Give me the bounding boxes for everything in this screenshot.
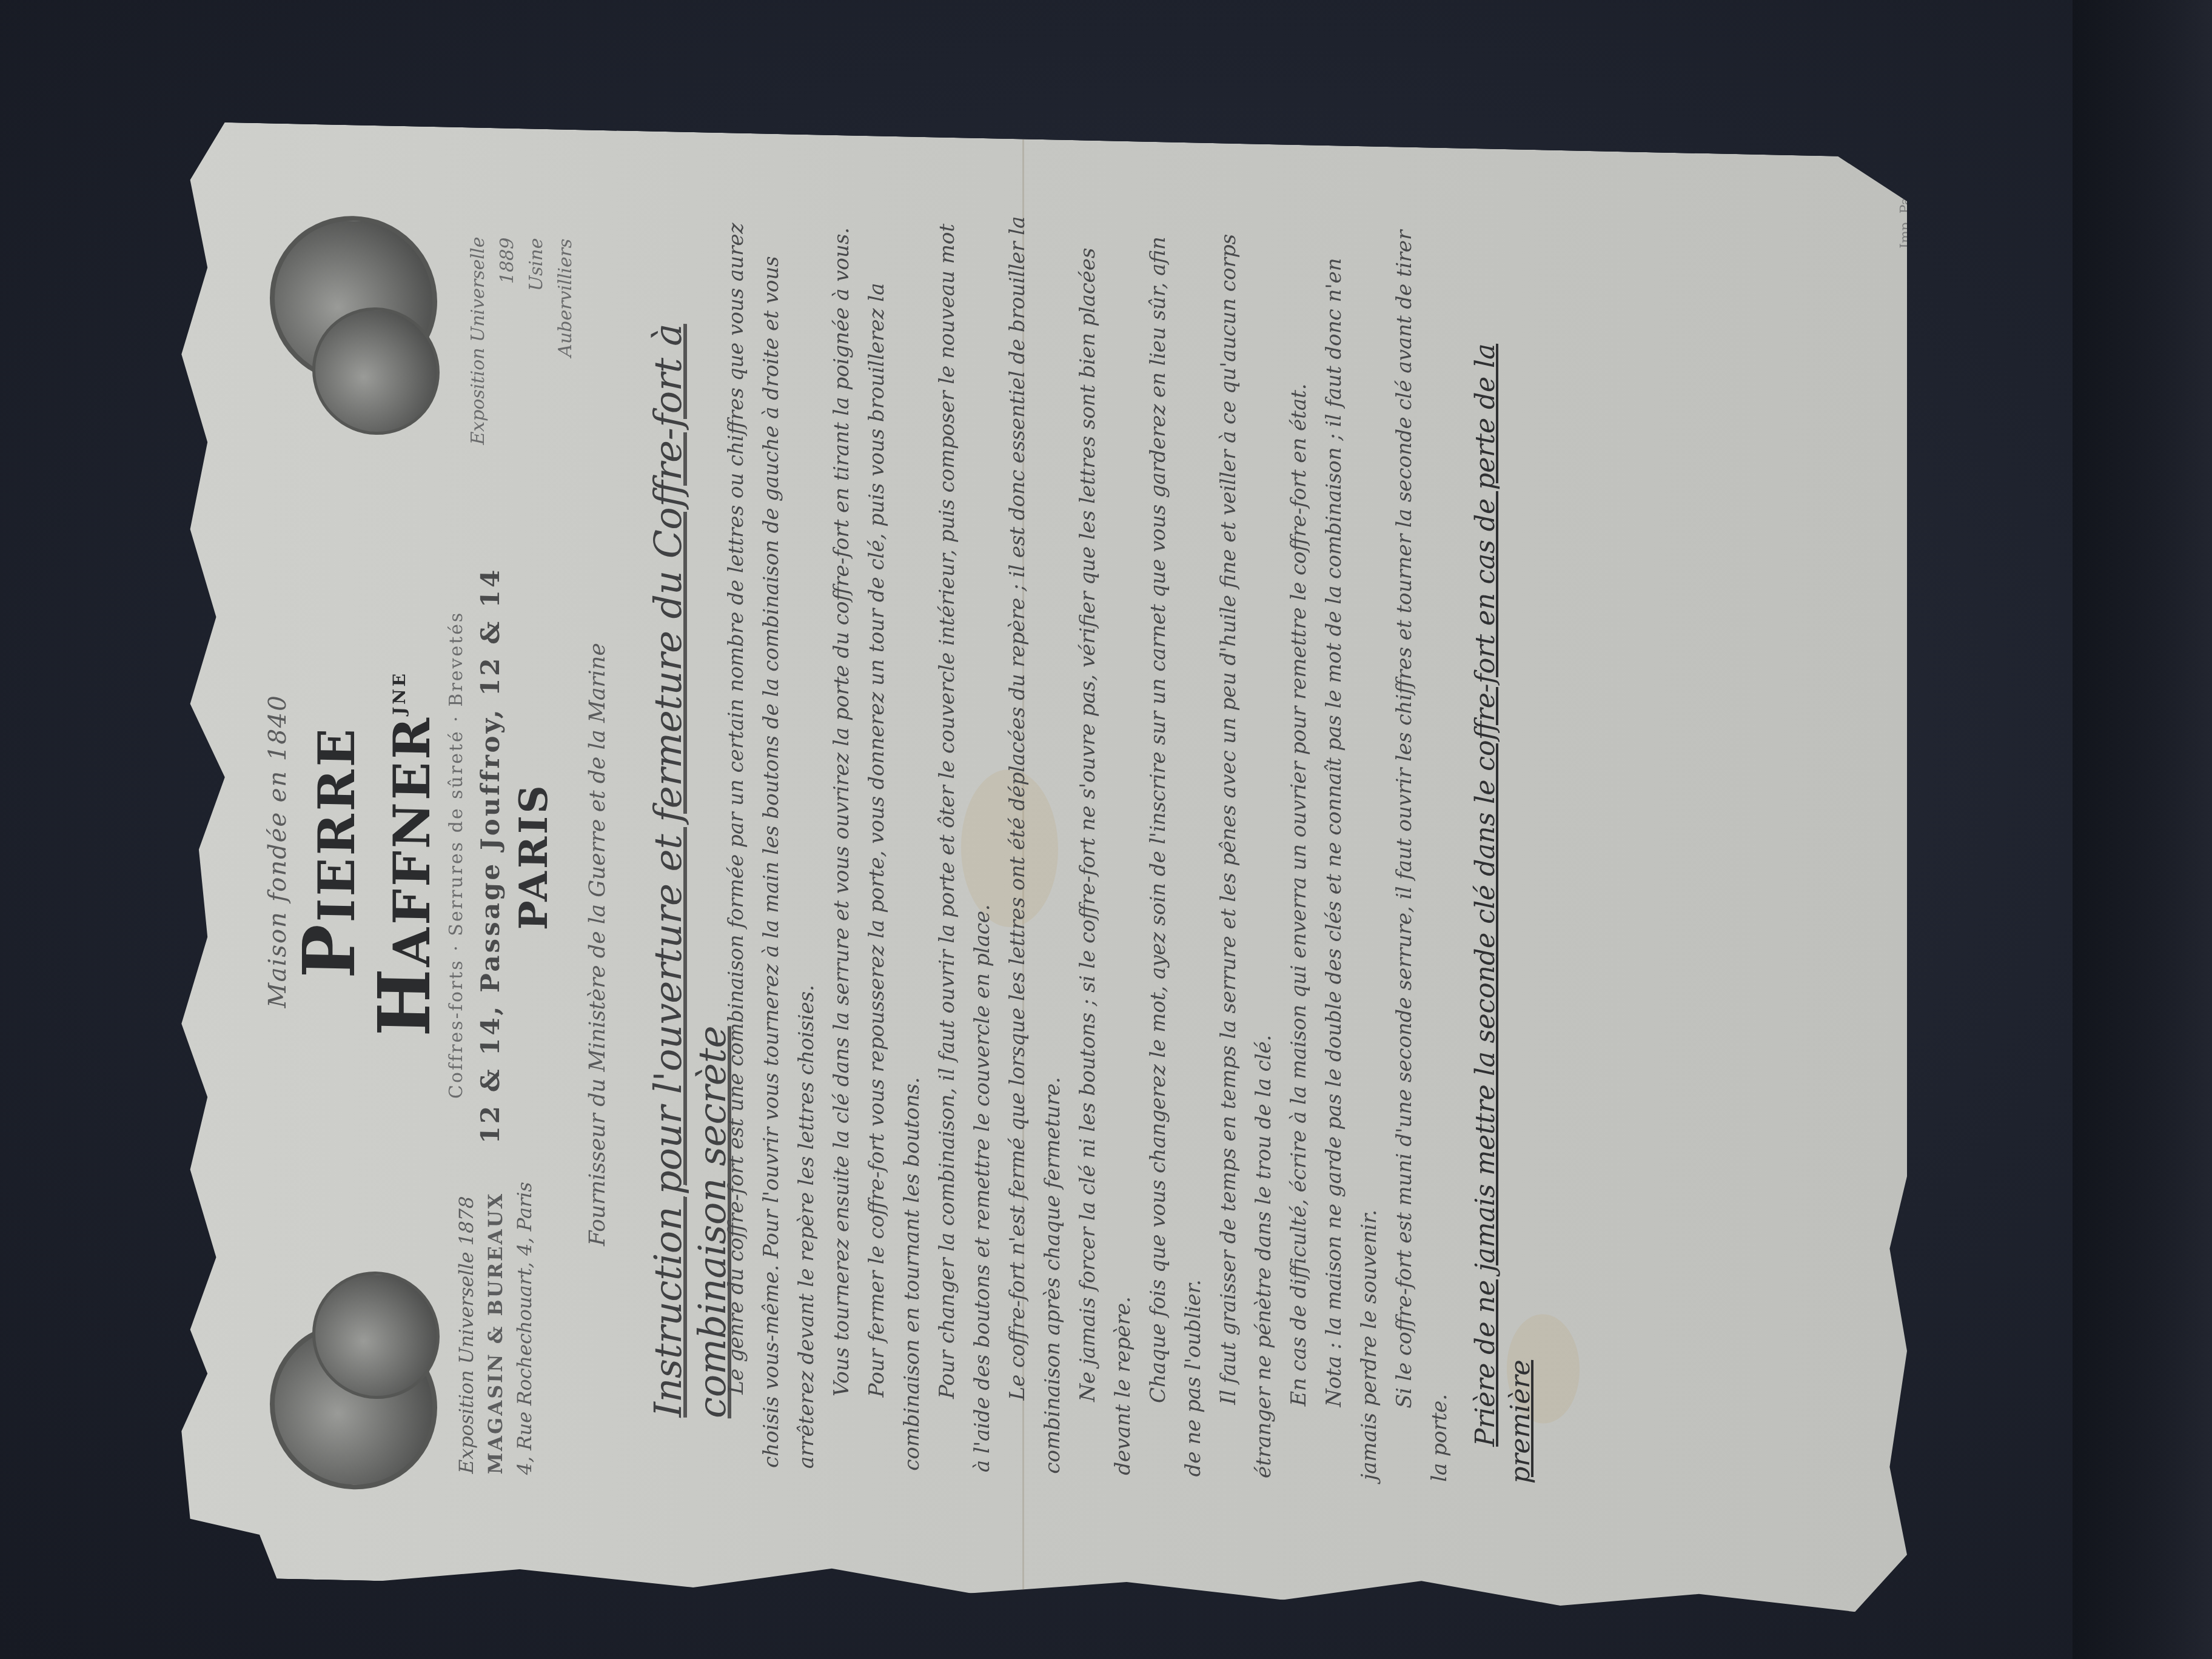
- paragraph: Ne jamais forcer la clé ni les boutons ;…: [1070, 213, 1141, 1475]
- right-address-block: Exposition Universelle 1889 Usine Auberv…: [464, 236, 580, 494]
- paragraph: Chaque fois que vous changerez le mot, a…: [1141, 214, 1211, 1476]
- printer-mark: Imp. Paris: [1898, 179, 1913, 249]
- shop-street: 4, Rue Rochechouart, 4, Paris: [510, 1159, 539, 1475]
- award-left: Exposition Universelle 1878: [452, 1158, 481, 1474]
- paragraph: En cas de difficulté, écrire à la maison…: [1281, 217, 1316, 1479]
- paragraph: Nota : la maison ne garde pas le double …: [1316, 218, 1387, 1481]
- factory-location: Aubervilliers: [551, 238, 580, 494]
- paragraph: Le coffre-fort n'est fermé que lorsque l…: [1000, 212, 1070, 1474]
- brand-block: Maison fondée en 1840 Pierre Haffnerjne …: [264, 548, 557, 1160]
- paragraph: Le genre du coffre-fort est une combinai…: [719, 206, 824, 1469]
- left-address-block: Exposition Universelle 1878 MAGASIN & BU…: [452, 1158, 539, 1475]
- table-edge: [2073, 0, 2212, 1659]
- letterhead: Maison fondée en 1840 Pierre Haffnerjne …: [246, 123, 561, 1585]
- paragraph: Vous tournerez ensuite la clé dans la se…: [824, 208, 859, 1470]
- company-address: 12 & 14, Passage Jouffroy, 12 & 14: [475, 552, 505, 1159]
- supplier-line: Fournisseur du Ministère de la Guerre et…: [585, 643, 610, 1246]
- paragraph: Si le coffre-fort est muni d'une seconde…: [1387, 220, 1457, 1482]
- award-right: Exposition Universelle 1889: [464, 236, 522, 492]
- final-note: Prière de ne jamais mettre la seconde cl…: [1468, 221, 1538, 1484]
- company-city: PARIS: [511, 553, 557, 1161]
- factory-label: Usine: [522, 238, 551, 493]
- paragraph: Pour fermer le coffre-fort vous repousse…: [859, 209, 930, 1471]
- paragraph: Il faut graisser de temps en temps la se…: [1211, 216, 1281, 1478]
- company-name-text: Pierre Haffner: [287, 714, 446, 1037]
- shop-label: MAGASIN & BUREAUX: [481, 1159, 510, 1475]
- company-suffix: jne: [383, 671, 411, 715]
- company-name: Pierre Haffnerjne: [292, 548, 442, 1158]
- letter-sheet: Maison fondée en 1840 Pierre Haffnerjne …: [173, 121, 1907, 1613]
- company-subtitle: Coffres-forts · Serrures de sûreté · Bre…: [446, 551, 467, 1158]
- letter-body: Le genre du coffre-fort est une combinai…: [719, 206, 1834, 1490]
- paragraph: Pour changer la combinaison, il faut ouv…: [930, 210, 1000, 1472]
